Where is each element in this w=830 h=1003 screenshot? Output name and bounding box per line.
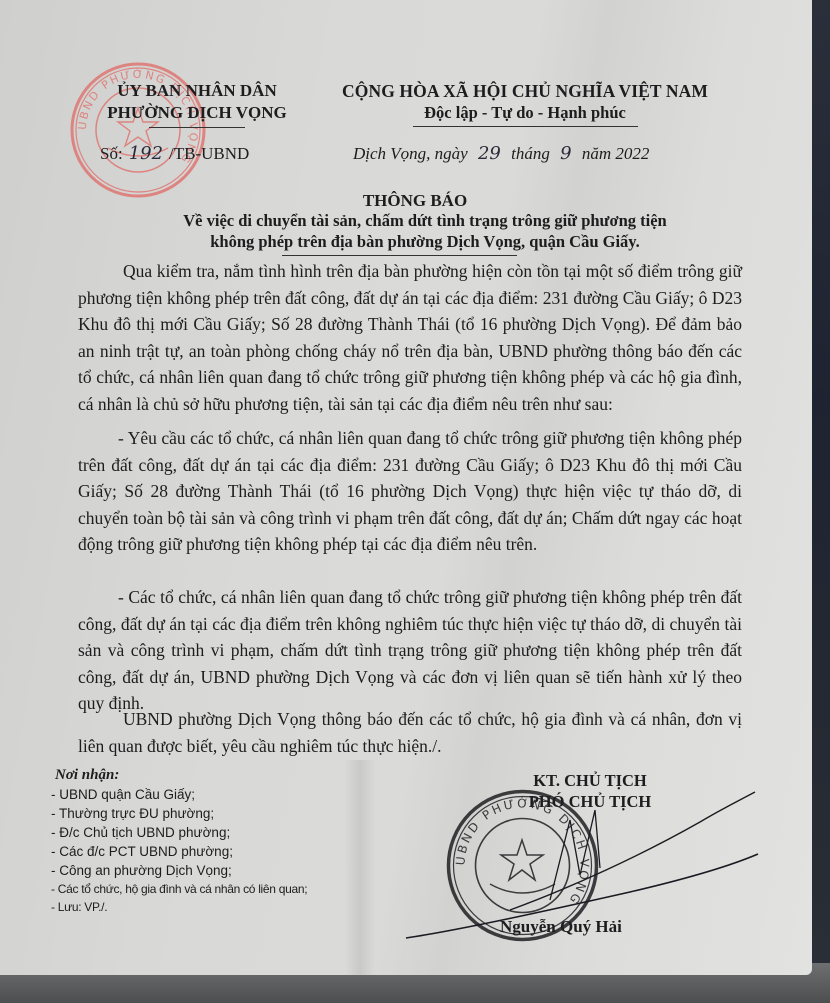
document-page: UBND PHƯỜNG DỊCH VỌNG ỦY BAN NHÂN DÂN PH… (0, 0, 812, 975)
subtitle-line-1: Về việc di chuyển tài sản, chấm dứt tình… (110, 210, 740, 231)
date-month-label: tháng (511, 144, 550, 163)
recipient-item: - Lưu: VP./. (45, 898, 365, 916)
date-year: năm 2022 (582, 144, 650, 163)
recipient-item: - Các tổ chức, hộ gia đình và cá nhân có… (45, 880, 365, 898)
recipients-label: Nơi nhận: (45, 766, 365, 785)
recipient-item: - Đ/c Chủ tịch UBND phường; (45, 823, 365, 842)
body-paragraph-closing: UBND phường Dịch Vọng thông báo đến các … (78, 706, 742, 759)
issuer-block: ỦY BAN NHÂN DÂN PHƯỜNG DỊCH VỌNG (82, 80, 312, 128)
issuer-line-1: ỦY BAN NHÂN DÂN (82, 80, 312, 102)
number-prefix: Số: (100, 144, 123, 163)
issuer-underline (149, 127, 245, 128)
nation-name: CỘNG HÒA XÃ HỘI CHỦ NGHĨA VIỆT NAM (310, 80, 740, 102)
motto-underline (413, 126, 638, 127)
document-number: Số:192/TB-UBND (100, 143, 249, 164)
signature-title-block: KT. CHỦ TỊCH PHÓ CHỦ TỊCH (460, 770, 720, 812)
document-title: THÔNG BÁO (100, 190, 730, 212)
date-month: 9 (554, 143, 577, 164)
recipient-item: - Công an phường Dịch Vọng; (45, 861, 365, 880)
body-paragraph-enforcement: - Các tổ chức, cá nhân liên quan đang tổ… (78, 584, 742, 717)
recipient-item: - Thường trực ĐU phường; (45, 804, 365, 823)
recipients-list: Nơi nhận: - UBND quận Cầu Giấy; - Thường… (45, 766, 365, 916)
subtitle-underline (282, 255, 517, 256)
place-and-date: Dịch Vọng, ngày 29 tháng 9 năm 2022 (353, 143, 649, 164)
document-subtitle: Về việc di chuyển tài sản, chấm dứt tình… (110, 210, 740, 256)
svg-text:UBND PHƯỜNG DỊCH VỌNG: UBND PHƯỜNG DỊCH VỌNG (453, 795, 591, 908)
signer-name: Nguyễn Quý Hải (500, 917, 622, 937)
body-paragraph-requirement: - Yêu cầu các tổ chức, cá nhân liên quan… (78, 425, 742, 558)
date-day: 29 (472, 143, 507, 164)
date-prefix: Dịch Vọng, ngày (353, 144, 468, 163)
number-handwritten: 192 (123, 143, 169, 164)
issuer-line-2: PHƯỜNG DỊCH VỌNG (82, 102, 312, 124)
body-paragraph-intro: Qua kiểm tra, nắm tình hình trên địa bàn… (78, 258, 742, 417)
nation-block: CỘNG HÒA XÃ HỘI CHỦ NGHĨA VIỆT NAM Độc l… (310, 80, 740, 127)
number-suffix: /TB-UBND (169, 144, 249, 163)
signature-line-2: PHÓ CHỦ TỊCH (460, 791, 720, 812)
recipient-item: - Các đ/c PCT UBND phường; (45, 842, 365, 861)
national-motto: Độc lập - Tự do - Hạnh phúc (310, 102, 740, 124)
signature-line-1: KT. CHỦ TỊCH (460, 770, 720, 791)
subtitle-line-2: không phép trên địa bàn phường Dịch Vọng… (110, 231, 740, 252)
recipient-item: - UBND quận Cầu Giấy; (45, 785, 365, 804)
